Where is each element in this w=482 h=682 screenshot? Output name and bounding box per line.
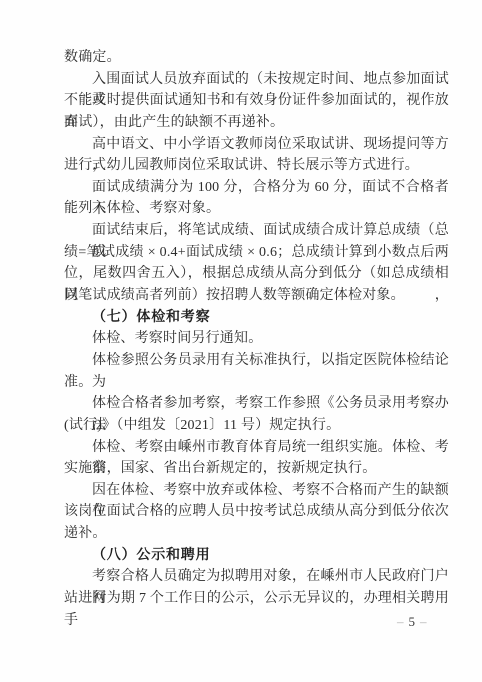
- text-line: 不能及时提供面试通知书和有效身份证件参加面试的，视作放弃: [64, 90, 449, 112]
- text-line: 能列入体检、考察对象。: [64, 198, 449, 220]
- text-line: 绩=笔试成绩 × 0.4+面试成绩 × 0.6；总成绩计算到小数点后两: [64, 242, 449, 264]
- text-line: 因在体检、考察中放弃或体检、考察不合格而产生的缺额在: [64, 480, 449, 502]
- page-number-right-dash: –: [420, 614, 428, 629]
- text-line: 面试成绩满分为 100 分，合格分为 60 分，面试不合格者不: [64, 177, 449, 199]
- page-number-left-dash: –: [397, 614, 405, 629]
- text-line: (试行)》（中组发〔2021〕11 号）规定执行。: [64, 415, 449, 437]
- section-heading-7-physical-exam: （七）体检和考察: [64, 307, 449, 329]
- page-number-value: 5: [409, 614, 417, 629]
- document-text-block: 数确定。 入围面试人员放弃面试的（未按规定时间、地点参加面试或 不能及时提供面试…: [64, 47, 449, 610]
- document-page: 数确定。 入围面试人员放弃面试的（未按规定时间、地点参加面试或 不能及时提供面试…: [0, 0, 482, 682]
- text-line: 高中语文、中小学语文教师岗位采取试讲、现场提问等方式: [64, 134, 449, 156]
- text-line: 体检合格者参加考察，考察工作参照《公务员录用考察办法: [64, 393, 449, 415]
- text-line: 体检、考察由嵊州市教育体育局统一组织实施。体检、考察: [64, 437, 449, 459]
- page-number: –5–: [393, 612, 432, 632]
- text-line: 以笔试成绩高者列前）按招聘人数等额确定体检对象。: [64, 285, 449, 307]
- text-line: 考察合格人员确定为拟聘用对象，在嵊州市人民政府门户网: [64, 566, 449, 588]
- text-line: 递补。: [64, 523, 449, 545]
- text-line: 体检、考察时间另行通知。: [64, 328, 449, 350]
- text-line: 体检参照公务员录用有关标准执行，以指定医院体检结论为: [64, 350, 449, 372]
- text-line: 准。: [64, 372, 449, 394]
- text-line: 数确定。: [64, 47, 449, 69]
- text-line: 面试结束后，将笔试成绩、面试成绩合成计算总成绩（总成: [64, 220, 449, 242]
- text-line: 面试），由此产生的缺额不再递补。: [64, 112, 449, 134]
- section-heading-8-announcement-hiring: （八）公示和聘用: [64, 545, 449, 567]
- text-line: 入围面试人员放弃面试的（未按规定时间、地点参加面试或: [64, 69, 449, 91]
- text-line: 位，尾数四舍五入），根据总成绩从高分到低分（如总成绩相同，: [64, 263, 449, 285]
- text-line: 进行，幼儿园教师岗位采取试讲、特长展示等方式进行。: [64, 155, 449, 177]
- text-line: 站进行为期 7 个工作日的公示，公示无异议的，办理相关聘用手: [64, 588, 449, 610]
- text-line: 该岗位面试合格的应聘人员中按考试总成绩从高分到低分依次: [64, 501, 449, 523]
- text-line: 实施前，国家、省出台新规定的，按新规定执行。: [64, 458, 449, 480]
